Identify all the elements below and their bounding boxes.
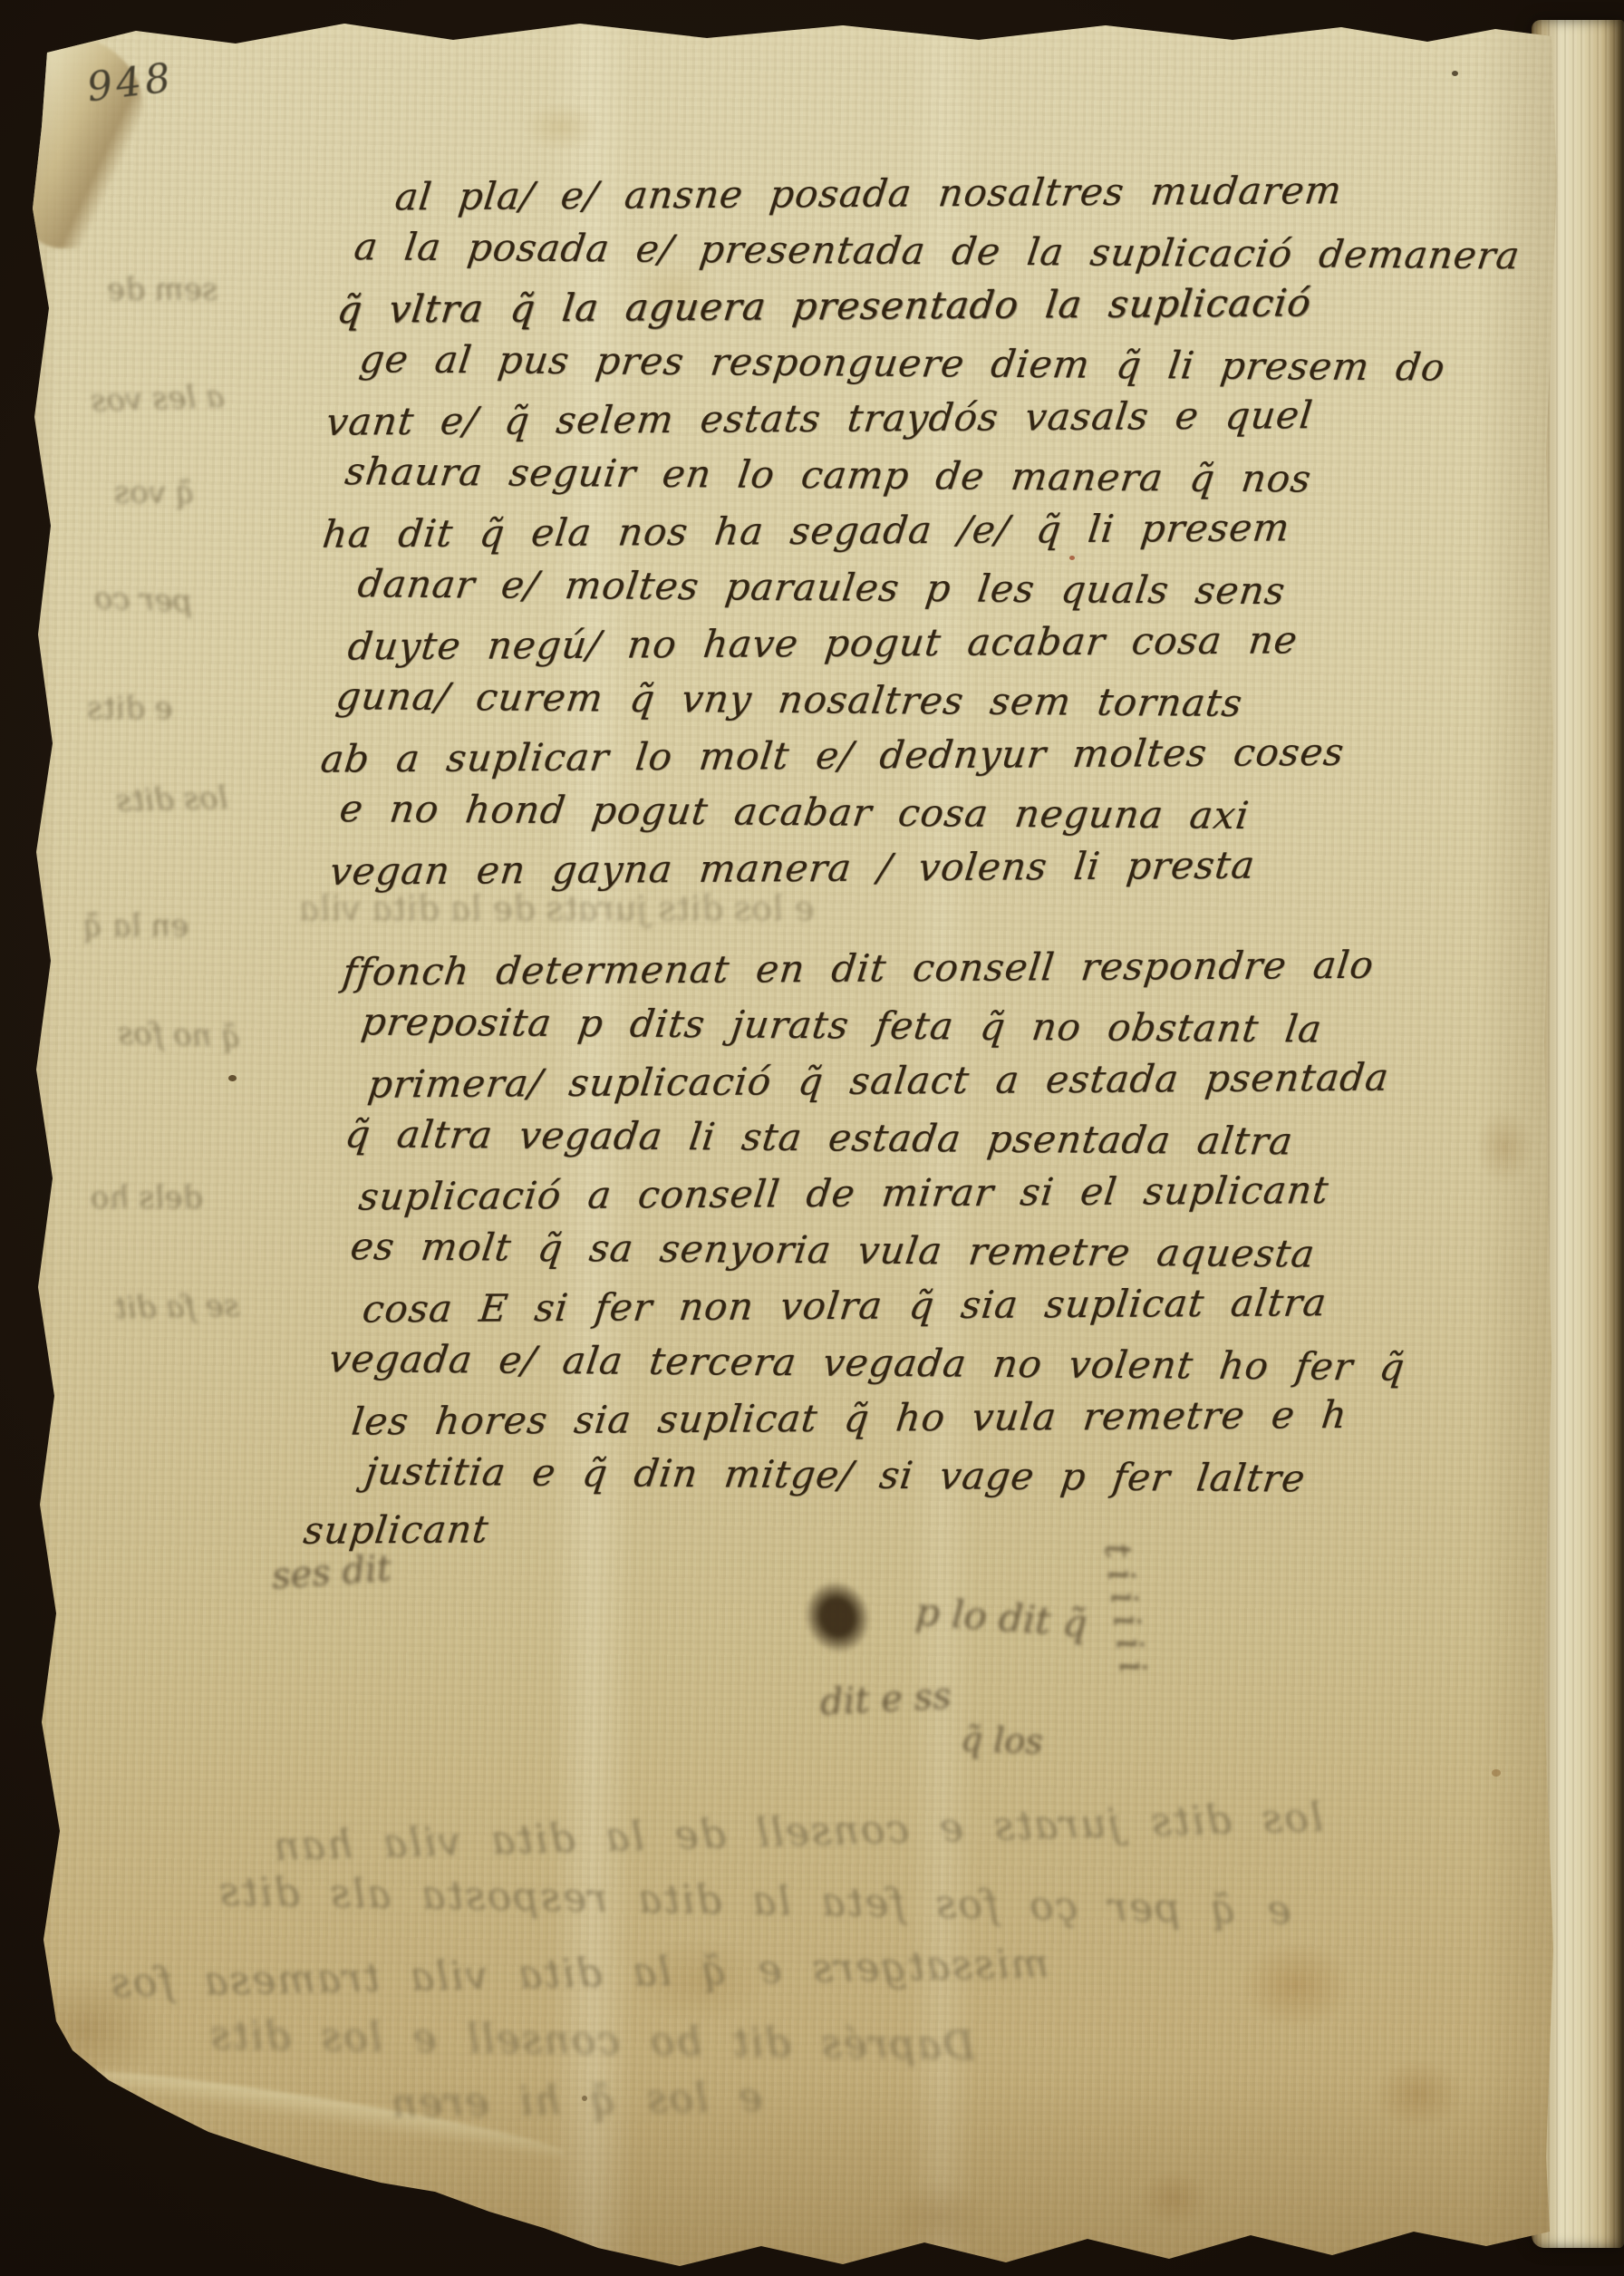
- manuscript-line: les hores sia suplicat q̃ ho vula remetr…: [348, 1391, 1499, 1456]
- ink-showthrough-line: missatgers e q̃ la dita vila tramesa fos: [109, 1941, 1049, 2007]
- ink-showthrough-fragment: q̃ no fos: [117, 1015, 241, 1055]
- manuscript-line: ab a suplicar lo molt e/ dednyur moltes …: [317, 728, 1499, 792]
- manuscript-line: primera/ suplicació q̃ salact a estada p…: [364, 1054, 1499, 1119]
- ink-showthrough-fragment: dels ho: [89, 1180, 205, 1216]
- ink-smudge: t i i i i i: [1096, 1541, 1153, 1675]
- ink-showthrough-line: Daprés dit bo consell e los dits: [208, 2012, 975, 2069]
- ink-fleck: [1452, 71, 1458, 76]
- ink-showthrough-fragment: en la q̃: [82, 908, 191, 944]
- manuscript-line: cosa E si fer non volra q̃ sia suplicat …: [359, 1279, 1499, 1343]
- ink-smudge: q̃ los: [960, 1719, 1043, 1761]
- manuscript-page: 948 sem de a les vos q̃ vos per co e dit…: [0, 0, 1624, 2276]
- ink-showthrough-fragment: sem de: [105, 272, 220, 308]
- folio-number-bottom: 940: [129, 2158, 184, 2195]
- manuscript-line: ha dit q̃ ela nos ha segada /e/ q̃ li pr…: [319, 503, 1499, 567]
- ink-smudge: dit e ss: [819, 1675, 952, 1724]
- ink-showthrough-line: e los q̃ hi eren: [390, 2074, 763, 2126]
- ink-showthrough-fragment: e dits: [85, 691, 176, 727]
- manuscript-scan: 948 sem de a les vos q̃ vos per co e dit…: [0, 0, 1624, 2276]
- manuscript-line: al pla/ e/ ansne posada nosaltres mudare…: [391, 167, 1499, 230]
- ink-showthrough-fragment: q̃ vos: [112, 475, 198, 511]
- ink-blot: [783, 1559, 892, 1674]
- paragraph-2: ffonch determenat en dit consell respond…: [353, 945, 1495, 1560]
- ink-fleck: [1492, 1769, 1501, 1777]
- ink-smudge: ses dit: [271, 1547, 393, 1597]
- ink-showthrough-fragment: a les vos: [90, 378, 225, 419]
- ink-showthrough-fragment: se fa dit: [114, 1288, 240, 1326]
- ink-showthrough-line: los dits jurats e consell de la dita vil…: [272, 1795, 1324, 1870]
- manuscript-line: ffonch determenat en dit consell respond…: [339, 942, 1499, 1006]
- ink-showthrough-line: e q̃ per ço fos feta la dita resposta al…: [217, 1869, 1291, 1934]
- manuscript-line: suplicació a consell de mirar si el supl…: [355, 1167, 1499, 1231]
- folio-number-top: 948: [84, 54, 176, 111]
- paragraph-1: al pla/ e/ ansne posada nosaltres mudare…: [353, 170, 1495, 901]
- ink-showthrough-fragment: los dits: [115, 780, 227, 818]
- manuscript-line: suplicant: [300, 1499, 1499, 1564]
- manuscript-line: duyte negú/ no have pogut acabar cosa ne: [344, 616, 1499, 681]
- manuscript-line: q̃ vltra q̃ la aguera presentado la supl…: [333, 279, 1499, 344]
- ink-smudge: p lo dit q̃: [914, 1589, 1089, 1645]
- manuscript-line: vegan en gayna manera / volens li presta: [326, 841, 1499, 906]
- manuscript-line: vant e/ q̃ selem estats traydós vasals e…: [323, 391, 1499, 455]
- ink-fleck: [228, 1075, 237, 1081]
- ink-showthrough-fragment: per co: [93, 580, 193, 620]
